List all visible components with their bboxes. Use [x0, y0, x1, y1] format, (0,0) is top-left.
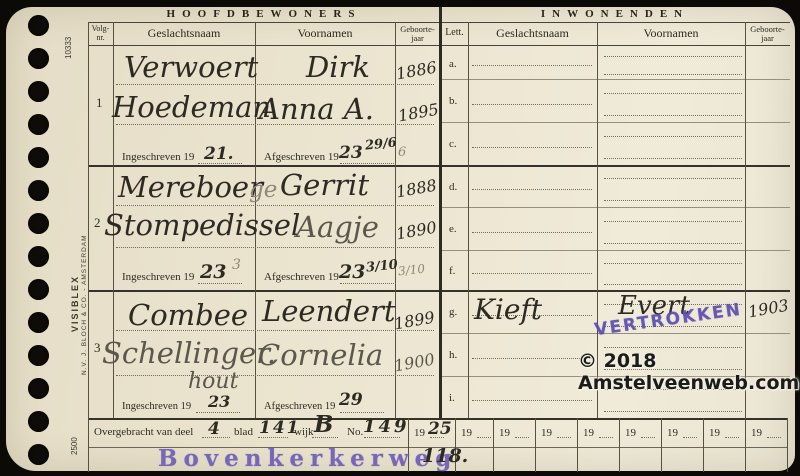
grid-line — [787, 418, 788, 472]
volgnr: 2 — [94, 215, 101, 231]
volgnr: 1 — [96, 95, 103, 111]
punch-hole — [28, 114, 49, 135]
year-prefix: 19 — [667, 427, 678, 439]
col-header-volgnr: Volg-nr. — [89, 22, 112, 45]
dotted-line — [472, 232, 592, 233]
dotted-line — [116, 205, 434, 206]
birthyear-entry: 1895 — [397, 100, 440, 126]
year-cell: 19 — [619, 418, 661, 447]
year-cell: 19 — [661, 418, 703, 447]
afgeschreven-date-fraction: 29/6 — [364, 135, 397, 153]
firstname-entry: Cornelia — [258, 341, 383, 370]
pencil-ghost: ge — [249, 177, 277, 203]
photo-background: 10333 VISIBLEX N.V. J. BLOCH & CO. - AMS… — [0, 0, 800, 476]
punch-hole — [28, 15, 49, 36]
dotted-line — [604, 178, 742, 179]
col-header-voornamen-left: Voornamen — [255, 22, 395, 45]
year-prefix: 19 — [583, 427, 594, 439]
surname-entry: Schellinger. — [102, 339, 276, 368]
birthyear-entry: 1886 — [395, 58, 438, 84]
firstname-entry: Aagje — [296, 213, 379, 242]
dotted-line — [472, 358, 592, 359]
wijk-value: B — [314, 411, 333, 438]
surname-entry: Verwoert — [124, 53, 258, 82]
year-prefix: 19 — [709, 427, 720, 439]
afgeschreven-value: 23 — [339, 261, 365, 283]
dotted-line — [604, 411, 742, 412]
dotted-line — [198, 283, 242, 284]
register-card: 10333 VISIBLEX N.V. J. BLOCH & CO. - AMS… — [6, 7, 795, 471]
inwonenden-row-c: c. — [440, 122, 790, 165]
dotted-line — [472, 104, 592, 105]
inwonenden-row-a: a. — [440, 45, 790, 79]
surname-entry: Stompedissel — [104, 211, 300, 240]
dotted-line — [196, 412, 240, 413]
col-header-geboortejaar-left: Geboorte-jaar — [395, 22, 440, 45]
year-prefix: 19 — [751, 427, 762, 439]
col-header-geboortejaar-right: Geboorte-jaar — [745, 22, 790, 45]
punch-hole — [28, 279, 49, 300]
dotted-line — [557, 437, 571, 438]
dotted-line — [604, 56, 742, 57]
copyright-watermark: © 2018 Amstelveenweb.com — [578, 350, 799, 394]
firstname-entry: Leendert — [262, 297, 396, 326]
dotted-line — [472, 273, 592, 274]
firstname-entry: Anna A. — [259, 95, 374, 124]
dotted-line — [604, 243, 742, 244]
year-cell: 19 — [745, 418, 787, 447]
ingeschreven-value: 23 — [200, 261, 226, 283]
dotted-line — [604, 158, 742, 159]
row-letter: f. — [449, 265, 455, 277]
dotted-line — [340, 283, 396, 284]
grid-line — [88, 22, 89, 472]
dotted-line — [604, 136, 742, 137]
year-cell: 19 25 — [408, 418, 455, 447]
blad-label: blad — [234, 426, 253, 438]
punch-hole — [28, 48, 49, 69]
dotted-line — [599, 437, 613, 438]
section-title-inwonenden: INWONENDEN — [440, 8, 790, 22]
punch-hole — [28, 213, 49, 234]
dotted-line — [641, 437, 655, 438]
surname-entry: Combee — [128, 301, 248, 330]
punch-hole — [28, 180, 49, 201]
house-number: 118. — [422, 445, 468, 467]
punch-hole — [28, 312, 49, 333]
row-letter: a. — [449, 58, 457, 70]
year-cell: 19 — [703, 418, 745, 447]
year-cell: 19 — [455, 418, 493, 447]
col-header-geslachtsnaam-right: Geslachtsnaam — [468, 22, 597, 45]
afgeschreven-label: Afgeschreven 19 — [264, 151, 339, 163]
brand-subtitle: N.V. J. BLOCH & CO. - AMSTERDAM — [81, 175, 88, 375]
ingeschreven-label: Ingeschreven 19 — [122, 401, 191, 412]
dotted-line — [472, 65, 592, 66]
afgeschreven-label: Afgeschreven 19 — [264, 271, 339, 283]
dotted-line — [515, 437, 529, 438]
col-header-lett: Lett. — [441, 22, 468, 45]
row-letter: g. — [449, 306, 457, 318]
ingeschreven-label: Ingeschreven 19 — [122, 151, 194, 163]
ingeschreven-label: Ingeschreven 19 — [122, 271, 194, 283]
dotted-line — [604, 347, 742, 348]
wijk-label: wijk — [294, 426, 314, 438]
pencil-ghost: 3 — [232, 257, 241, 273]
pencil-ghost: 6 — [398, 145, 406, 160]
col-header-geslachtsnaam-left: Geslachtsnaam — [113, 22, 255, 45]
birthyear-entry: 1900 — [393, 350, 436, 376]
afgeschreven-value: 29 — [339, 390, 363, 410]
dotted-line — [604, 263, 742, 264]
year-prefix: 19 — [541, 427, 552, 439]
dotted-line — [116, 375, 434, 376]
dotted-line — [472, 189, 592, 190]
birthyear-entry: 1888 — [395, 176, 438, 202]
inwonenden-row-b: b. — [440, 79, 790, 122]
surname-entry: Kieft — [474, 293, 542, 326]
col-header-voornamen-right: Voornamen — [597, 22, 745, 45]
year-cell: 19 — [535, 418, 577, 447]
brand-name: VISIBLEX — [70, 212, 80, 332]
street-stamp: Bovenkerkerweg — [158, 445, 457, 472]
year-cell: 19 — [577, 418, 619, 447]
row-letter: h. — [449, 349, 457, 361]
punch-hole — [28, 81, 49, 102]
dotted-line — [364, 437, 400, 438]
deel-value: 4 — [208, 419, 220, 439]
punch-hole — [28, 411, 49, 432]
overgebracht-label: Overgebracht van deel — [94, 426, 193, 438]
ingeschreven-value: 23 — [208, 392, 230, 411]
dotted-line — [604, 74, 742, 75]
no-value: 149 — [363, 416, 410, 437]
dotted-line — [604, 284, 742, 285]
dotted-line — [116, 247, 434, 248]
row-letter: d. — [449, 181, 457, 193]
year-prefix: 19 — [625, 427, 636, 439]
punch-hole — [28, 345, 49, 366]
dotted-line — [683, 437, 697, 438]
dotted-line — [604, 93, 742, 94]
year-cell: 19 — [493, 418, 535, 447]
volgnr: 3 — [94, 340, 101, 356]
dotted-line — [472, 147, 592, 148]
row-letter: i. — [449, 392, 455, 404]
serial-number-bottom: 2500 — [70, 409, 79, 455]
year-prefix: 19 — [414, 427, 425, 439]
section-title-hoofdbewoners: HOOFDBEWONERS — [88, 8, 440, 22]
afgeschreven-date-fraction: 3/10 — [365, 257, 398, 275]
punch-hole — [28, 147, 49, 168]
year-value: 25 — [428, 419, 452, 439]
no-label: No. — [347, 426, 363, 438]
dotted-line — [604, 221, 742, 222]
dotted-line — [767, 437, 781, 438]
row-letter: b. — [449, 95, 457, 107]
year-prefix: 19 — [499, 427, 510, 439]
dotted-line — [472, 400, 592, 401]
inwonenden-row-e: e. — [440, 207, 790, 250]
dotted-line — [604, 115, 742, 116]
surname-entry: Mereboer — [118, 173, 263, 202]
serial-number-top: 10333 — [64, 13, 73, 59]
dotted-line — [340, 163, 396, 164]
year-prefix: 19 — [461, 427, 472, 439]
inwonenden-row-f: f. — [440, 250, 790, 290]
punch-hole — [28, 246, 49, 267]
afgeschreven-value: 23 — [339, 143, 363, 163]
dotted-line — [116, 84, 434, 85]
ingeschreven-value: 21. — [204, 144, 234, 164]
pencil-ghost: 3/10 — [397, 262, 425, 279]
surname-entry-continued: hout — [188, 369, 238, 394]
row-letter: c. — [449, 138, 457, 150]
dotted-line — [604, 200, 742, 201]
row-letter: e. — [449, 223, 457, 235]
birthyear-entry: 1890 — [395, 218, 438, 244]
punch-hole — [28, 444, 49, 465]
punch-hole — [28, 378, 49, 399]
dotted-line — [725, 437, 739, 438]
surname-entry: Hoedeman — [112, 93, 271, 122]
firstname-entry: Dirk — [306, 53, 370, 82]
dotted-line — [340, 412, 384, 413]
dotted-line — [477, 437, 491, 438]
inwonenden-row-d: d. — [440, 165, 790, 207]
firstname-entry: Gerrit — [280, 171, 369, 200]
